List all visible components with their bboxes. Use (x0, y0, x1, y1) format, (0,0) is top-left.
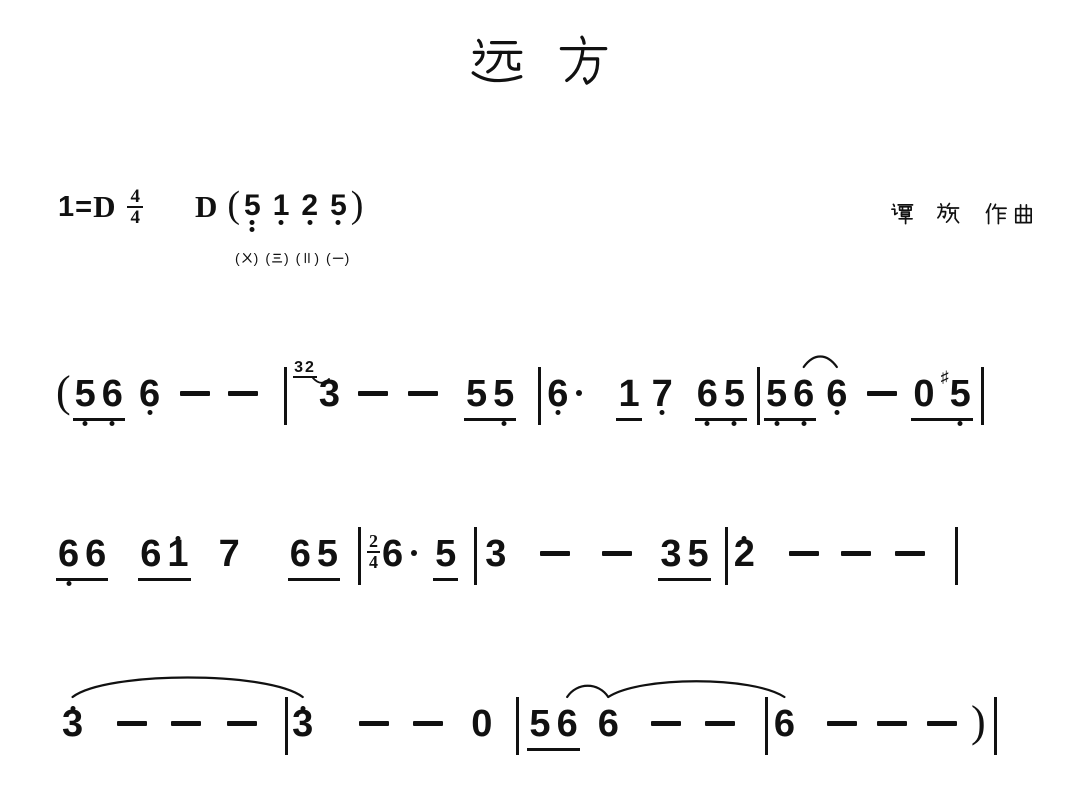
octave-dot (742, 536, 747, 541)
note-digit: 6 (793, 374, 814, 414)
duration-dash (171, 721, 201, 726)
note-digit: 0 (471, 704, 492, 744)
tie-arc (73, 678, 303, 698)
note: 5 (688, 534, 709, 574)
barline (994, 697, 997, 755)
beam-group: 65 (288, 534, 340, 574)
note-digit: 6 (557, 704, 578, 744)
octave-dot (705, 421, 710, 426)
duration-dash (602, 551, 632, 556)
beam-group: 66 (56, 534, 108, 574)
note-digit: 6 (85, 534, 106, 574)
octave-dot (834, 410, 839, 415)
octave-dots-low (110, 421, 115, 426)
note: 5 (766, 374, 787, 414)
note-digit: 6 (598, 704, 619, 744)
tie-arc (608, 681, 784, 697)
note-digit: 5 (435, 534, 456, 574)
beam-group: 1 (616, 374, 641, 414)
tie-arcs (50, 666, 1050, 706)
note-digit: 6 (547, 374, 568, 414)
note-digit: 5 (75, 374, 96, 414)
duration-dash (651, 721, 681, 726)
note-digit: 3 (660, 534, 681, 574)
tie-arcs (50, 336, 1050, 376)
barline (981, 367, 984, 425)
duration-dash (895, 551, 925, 556)
note-digit: 6 (697, 374, 718, 414)
note: 5 (529, 704, 550, 744)
duration-dash (408, 391, 438, 396)
note-digit: 5 (688, 534, 709, 574)
phrase-paren: ( (56, 370, 71, 414)
note: 6 (102, 374, 123, 414)
barline (765, 697, 768, 755)
note-digit: 5 (317, 534, 338, 574)
duration-dash (841, 551, 871, 556)
note: 6 (826, 374, 847, 414)
note: 5 (75, 374, 96, 414)
note: 7 (652, 374, 673, 414)
octave-dot (555, 410, 560, 415)
duration-dash (227, 721, 257, 726)
note-digit: 3 (292, 704, 313, 744)
note: 6 (697, 374, 718, 414)
note: 1 (167, 534, 188, 574)
rest: 0 (471, 704, 492, 744)
octave-dots-low (774, 421, 779, 426)
barline (285, 697, 288, 755)
note: 6 (58, 534, 79, 574)
tie-arc (804, 357, 837, 368)
note: 5 (466, 374, 487, 414)
duration-dash (540, 551, 570, 556)
note-digit: 5 (529, 704, 550, 744)
octave-dot (774, 421, 779, 426)
augmentation-dot (576, 390, 582, 396)
time-numerator: 2 (367, 532, 380, 553)
duration-dash (877, 721, 907, 726)
time-denominator: 4 (369, 553, 378, 572)
octave-dots-low (834, 410, 839, 415)
duration-dash (789, 551, 819, 556)
note: 6 (598, 704, 619, 744)
beam-group: 56 (73, 374, 125, 414)
octave-dots-high (70, 706, 75, 711)
barline (358, 527, 361, 585)
barline (284, 367, 287, 425)
note: 6 (547, 374, 582, 414)
duration-dash (117, 721, 147, 726)
note: 5 (493, 374, 514, 414)
beam-group: 56 (764, 374, 816, 414)
note-digit: 7 (652, 374, 673, 414)
note: 6 (139, 374, 160, 414)
octave-dot (958, 421, 963, 426)
note: 5 (317, 534, 338, 574)
duration-dash (358, 391, 388, 396)
note: 5 (724, 374, 745, 414)
duration-dash (827, 721, 857, 726)
rest: 0 (913, 374, 934, 414)
duration-dash (413, 721, 443, 726)
barline (538, 367, 541, 425)
note: 6 (382, 534, 417, 574)
octave-dots-low (801, 421, 806, 426)
note-digit: 5 (724, 374, 745, 414)
note: 3 (485, 534, 506, 574)
beam-group: 5 (433, 534, 458, 574)
sharp-accidental: ♯ (941, 370, 949, 386)
octave-dots-low (660, 410, 665, 415)
octave-dots-low (555, 410, 560, 415)
octave-dots-low (958, 421, 963, 426)
beam-group: 56 (527, 704, 579, 744)
note: 1 (618, 374, 639, 414)
note: 6 (557, 704, 578, 744)
note-digit: 5 (950, 374, 971, 414)
octave-dot (501, 421, 506, 426)
octave-dots-low (83, 421, 88, 426)
note-digit: 5 (493, 374, 514, 414)
octave-dot (66, 581, 71, 586)
note-digit: 5 (766, 374, 787, 414)
beam-group: 65 (695, 374, 747, 414)
note: 3 (292, 704, 313, 744)
note-digit: 1 (618, 374, 639, 414)
score-line-2: 666176524653352 (50, 534, 958, 580)
octave-dots-low (732, 421, 737, 426)
note: 3 (62, 704, 83, 744)
grace-notes: 32 (293, 359, 317, 378)
note: 6 (290, 534, 311, 574)
beam-group: 35 (658, 534, 710, 574)
note-digit: 0 (913, 374, 934, 414)
score: (56632355617655660♯566617652465335233056… (0, 0, 1080, 800)
octave-dots-low (705, 421, 710, 426)
note-digit: 2 (734, 534, 755, 574)
note-digit: 3 (62, 704, 83, 744)
note: 2 (734, 534, 755, 574)
note-digit: 6 (102, 374, 123, 414)
note: 6 (774, 704, 795, 744)
phrase-paren: ) (971, 700, 986, 744)
barline (757, 367, 760, 425)
augmentation-dot (411, 550, 417, 556)
note-digit: 6 (58, 534, 79, 574)
duration-dash (705, 721, 735, 726)
note-digit: 3 (485, 534, 506, 574)
note-digit: 7 (219, 534, 240, 574)
note: ♯5 (941, 374, 971, 414)
tie-arc (567, 686, 608, 697)
octave-dots-low (147, 410, 152, 415)
octave-dot (732, 421, 737, 426)
note: 6 (85, 534, 106, 574)
octave-dot (660, 410, 665, 415)
barline (955, 527, 958, 585)
note-digit: 5 (466, 374, 487, 414)
octave-dot (110, 421, 115, 426)
duration-dash (180, 391, 210, 396)
octave-dots-high (742, 536, 747, 541)
note-digit: 1 (167, 534, 188, 574)
octave-dots-low (501, 421, 506, 426)
octave-dots-low (66, 581, 71, 586)
duration-dash (359, 721, 389, 726)
barline (516, 697, 519, 755)
note: 7 (219, 534, 240, 574)
score-line-1: (56632355617655660♯5 (50, 374, 984, 420)
note-digit: 6 (139, 374, 160, 414)
note: 3 (660, 534, 681, 574)
octave-dot (300, 706, 305, 711)
octave-dot (147, 410, 152, 415)
time-signature-change: 24 (367, 532, 380, 572)
octave-dot (83, 421, 88, 426)
beam-group: 55 (464, 374, 516, 414)
duration-dash (927, 721, 957, 726)
duration-dash (867, 391, 897, 396)
barline (474, 527, 477, 585)
octave-dot (70, 706, 75, 711)
octave-dot (801, 421, 806, 426)
octave-dot (175, 536, 180, 541)
barline (725, 527, 728, 585)
note: 6 (793, 374, 814, 414)
grace-digits: 32 (293, 359, 317, 378)
note: 3 (319, 374, 340, 414)
note: 5 (435, 534, 456, 574)
beam-group: 61 (138, 534, 190, 574)
octave-dots-high (300, 706, 305, 711)
beam-group: 0♯5 (911, 374, 972, 414)
octave-dots-high (175, 536, 180, 541)
sheet-music-page: 1= D 4 4 D ( 5125 ) ()()()() (5663235561… (0, 0, 1080, 800)
note-digit: 6 (774, 704, 795, 744)
note-digit: 3 (319, 374, 340, 414)
note-digit: 6 (826, 374, 847, 414)
note-digit: 6 (382, 534, 403, 574)
note-digit: 6 (290, 534, 311, 574)
note-digit: 6 (140, 534, 161, 574)
note: 6 (140, 534, 161, 574)
score-line-3: 3305666) (50, 704, 997, 750)
duration-dash (228, 391, 258, 396)
